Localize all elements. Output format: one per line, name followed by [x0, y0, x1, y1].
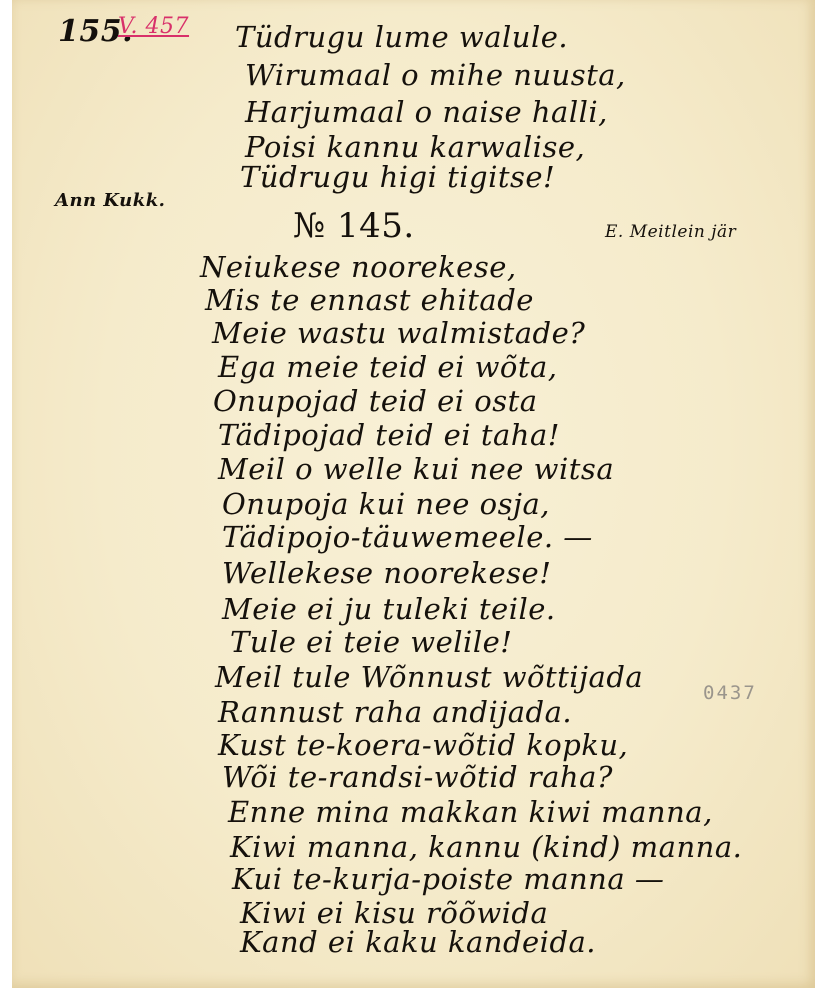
poem-line: Tädipojad teid ei taha!: [218, 418, 560, 452]
song-number: № 145.: [293, 206, 415, 246]
poem-line: Wellekese noorekese!: [222, 556, 551, 590]
poem-line: Meil o welle kui nee witsa: [218, 452, 614, 486]
poem-line: Ega meie teid ei wõta,: [218, 350, 558, 384]
poem-line: Meil tule Wõnnust wõttijada: [215, 660, 643, 694]
poem-line: Rannust raha andijada.: [218, 695, 572, 729]
poem-line: Kust te-koera-wõtid kopku,: [218, 728, 628, 762]
poem-line: Mis te ennast ehitade: [205, 283, 534, 317]
poem-line: Kand ei kaku kandeida.: [240, 925, 596, 959]
poem-line: Tüdrugu higi tigitse!: [240, 160, 555, 194]
collector-name: Ann Kukk.: [55, 190, 165, 211]
poem-line: Poisi kannu karwalise,: [245, 130, 585, 164]
poem-line: Enne mina makkan kiwi manna,: [228, 795, 713, 829]
poem-line: Onupojad teid ei osta: [213, 384, 538, 418]
poem-line: Kui te-kurja-poiste manna —: [232, 862, 664, 896]
poem-line: Onupoja kui nee osja,: [222, 487, 550, 521]
poem-line: Kiwi manna, kannu (kind) manna.: [230, 830, 742, 864]
poem-line: Wirumaal o mihe nuusta,: [245, 58, 626, 92]
poem-line: Tule ei teie welile!: [230, 625, 512, 659]
poem-line: Harjumaal o naise halli,: [245, 95, 608, 129]
informant-name: E. Meitlein jär: [605, 222, 736, 242]
archive-reference: V. 457: [118, 14, 189, 39]
poem-line: Neiukese noorekese,: [200, 250, 517, 284]
poem-line: Wõi te-randsi-wõtid raha?: [222, 760, 613, 794]
manuscript-scan: 155. V. 457 Tüdrugu lume walule. Wirumaa…: [0, 0, 823, 1000]
poem-line: Meie ei ju tuleki teile.: [222, 592, 556, 626]
poem-line: Tädipojo-täuwemeele. —: [222, 520, 593, 554]
poem-line: Meie wastu walmistade?: [212, 316, 585, 350]
poem-line: Tüdrugu lume walule.: [235, 20, 568, 54]
archive-stamp: 0437: [703, 682, 757, 704]
